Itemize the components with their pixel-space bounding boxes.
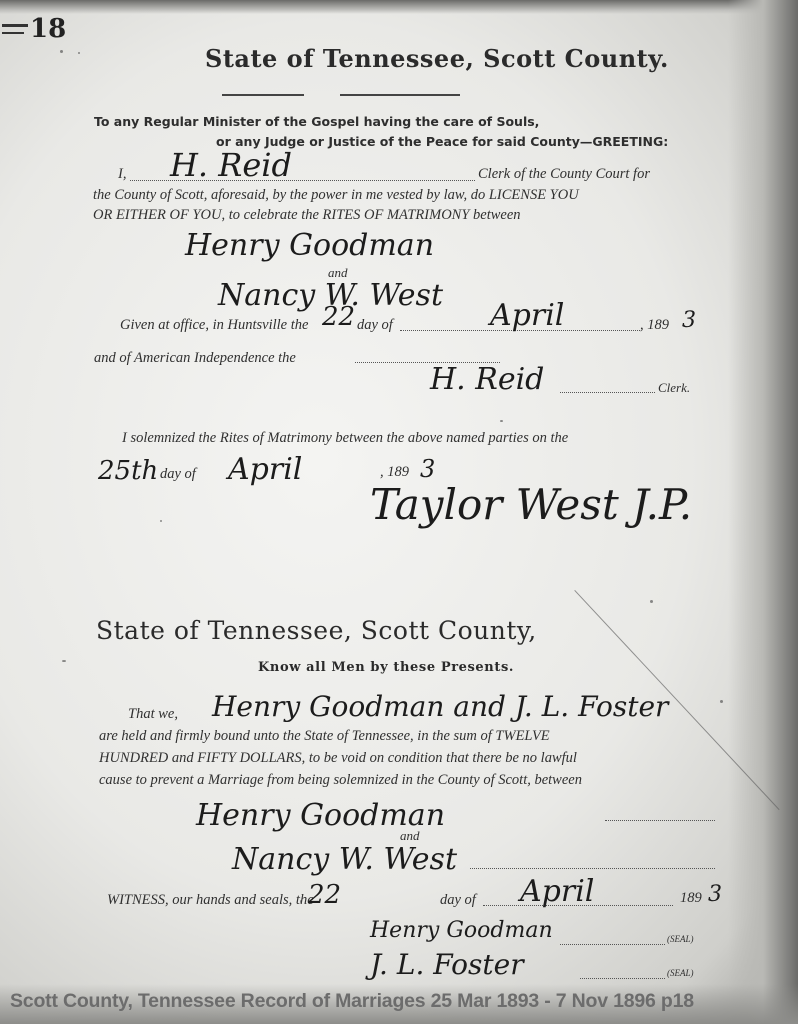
- that-we-label: That we,: [128, 706, 178, 723]
- clerk-handwritten-name: H. Reid: [170, 146, 292, 184]
- margin-mark: [2, 24, 28, 27]
- clerk-label: Clerk.: [658, 380, 690, 396]
- obligor-signature-1: Henry Goodman: [370, 918, 553, 943]
- clerk-signature: H. Reid: [430, 362, 544, 397]
- clerk-text-2: the County of Scott, aforesaid, by the p…: [93, 187, 579, 204]
- heading-rule: [340, 94, 460, 96]
- bond-subheading: Know all Men by these Presents.: [258, 660, 514, 675]
- witness-day: 22: [308, 880, 341, 910]
- obligor-signature-2: J. L. Foster: [370, 948, 524, 981]
- bond-line-1: are held and firmly bound unto the State…: [99, 728, 550, 745]
- given-month: April: [490, 298, 564, 333]
- bond-line-3: cause to prevent a Marriage from being s…: [99, 772, 582, 789]
- year-prefix: , 189: [640, 317, 669, 334]
- groom-name: Henry Goodman: [185, 228, 434, 263]
- witness-text: WITNESS, our hands and seals, the: [107, 892, 314, 909]
- license-heading: State of Tennessee, Scott County.: [205, 44, 669, 73]
- fill-line: [580, 978, 665, 979]
- day-of-label: day of: [160, 466, 196, 483]
- solemnized-text: I solemnized the Rites of Matrimony betw…: [122, 430, 568, 447]
- seal-label-1: (SEAL): [667, 934, 694, 944]
- year-suffix: 3: [708, 882, 722, 907]
- scan-edge-right: [728, 0, 798, 1024]
- bond-line-2: HUNDRED and FIFTY DOLLARS, to be void on…: [99, 750, 577, 767]
- day-of-label: day of: [357, 317, 393, 334]
- solemnized-day: 25th: [98, 456, 158, 486]
- obligors-names: Henry Goodman and J. L. Foster: [212, 690, 668, 723]
- solemnized-month: April: [228, 452, 302, 487]
- year-prefix: 189: [680, 890, 702, 907]
- margin-mark: [2, 32, 24, 34]
- year-prefix: , 189: [380, 464, 409, 481]
- fill-line: [470, 868, 715, 869]
- record-caption: Scott County, Tennessee Record of Marria…: [10, 990, 694, 1013]
- bond-bride-name: Nancy W. West: [232, 842, 457, 877]
- fill-line: [560, 944, 665, 945]
- year-suffix: 3: [420, 455, 435, 483]
- heading-rule: [222, 94, 304, 96]
- day-of-label: day of: [440, 892, 476, 909]
- clerk-text-3: OR EITHER OF YOU, to celebrate the RITES…: [93, 207, 521, 224]
- witness-month: April: [520, 874, 594, 909]
- bond-heading: State of Tennessee, Scott County,: [96, 616, 537, 645]
- given-day: 22: [322, 302, 355, 332]
- seal-label-2: (SEAL): [667, 968, 694, 978]
- officiant-signature: Taylor West J.P.: [370, 480, 692, 529]
- scan-edge-top: [0, 0, 798, 14]
- clerk-intro: I,: [118, 166, 126, 183]
- address-line-1: To any Regular Minister of the Gospel ha…: [94, 114, 539, 129]
- fill-line: [605, 820, 715, 821]
- page-number: 18: [30, 14, 66, 44]
- given-text: Given at office, in Huntsville the: [120, 317, 308, 334]
- year-suffix: 3: [682, 308, 696, 333]
- clerk-text-1: Clerk of the County Court for: [478, 166, 650, 183]
- fill-line: [560, 392, 655, 393]
- independence-text: and of American Independence the: [94, 350, 296, 367]
